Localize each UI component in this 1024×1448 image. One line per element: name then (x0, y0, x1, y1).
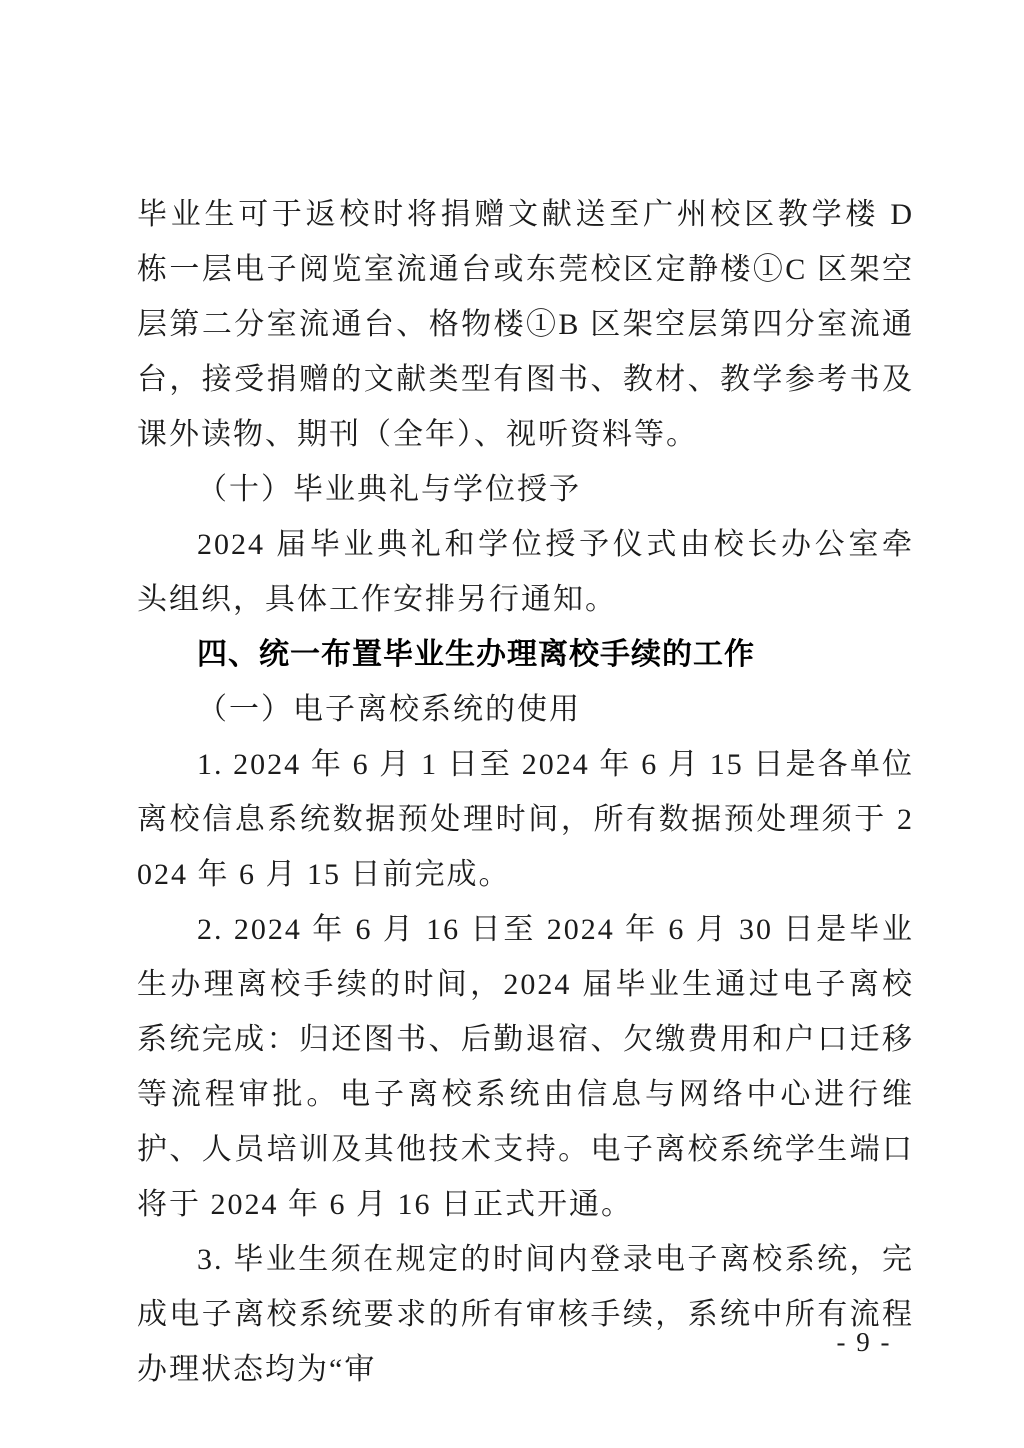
page-number: - 9 - (808, 1327, 920, 1358)
paragraph-item-2: 2. 2024 年 6 月 16 日至 2024 年 6 月 30 日是毕业生办… (137, 902, 914, 1232)
document-page: 毕业生可于返校时将捐赠文献送至广州校区教学楼 D 栋一层电子阅览室流通台或东莞校… (0, 0, 1024, 1448)
document-body: 毕业生可于返校时将捐赠文献送至广州校区教学楼 D 栋一层电子阅览室流通台或东莞校… (137, 187, 914, 1397)
paragraph-library-donation: 毕业生可于返校时将捐赠文献送至广州校区教学楼 D 栋一层电子阅览室流通台或东莞校… (137, 187, 914, 462)
section-heading-ten: （十）毕业典礼与学位授予 (137, 462, 914, 517)
paragraph-item-3: 3. 毕业生须在规定的时间内登录电子离校系统，完成电子离校系统要求的所有审核手续… (137, 1232, 914, 1397)
paragraph-item-1: 1. 2024 年 6 月 1 日至 2024 年 6 月 15 日是各单位离校… (137, 737, 914, 902)
paragraph-ceremony-arrangement: 2024 届毕业典礼和学位授予仪式由校长办公室牵头组织，具体工作安排另行通知。 (137, 517, 914, 627)
section-heading-one: （一）电子离校系统的使用 (137, 682, 914, 737)
part-heading-four: 四、统一布置毕业生办理离校手续的工作 (137, 627, 914, 682)
